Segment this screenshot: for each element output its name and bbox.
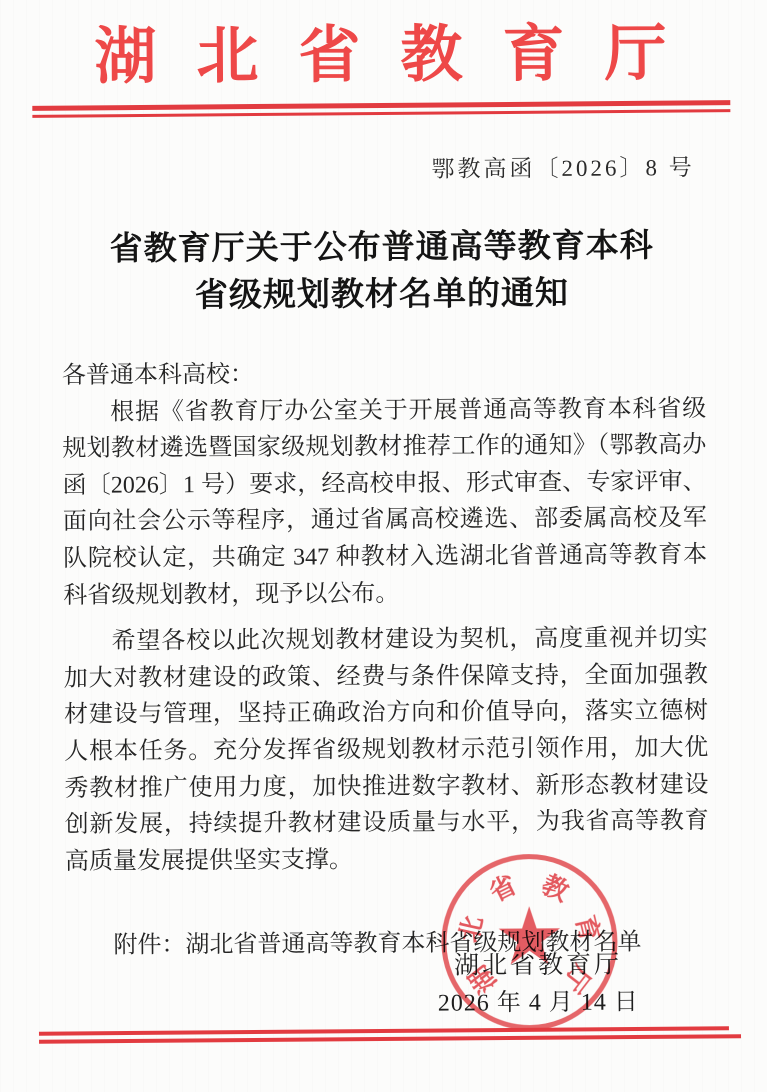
scanned-content: 湖北省教育厅 鄂教高函〔2026〕8 号 省教育厅关于公布普通高等教育本科 省级… [0,0,767,1092]
salutation: 各普通本科高校： [62,354,706,395]
body-paragraph-1: 根据《省教育厅办公室关于开展普通高等教育本科省级规划教材遴选暨国家级规划教材推荐… [62,391,707,614]
seal-char: 育 [569,910,605,946]
letterhead-divider [32,100,730,118]
document-number: 鄂教高函〔2026〕8 号 [0,149,765,187]
letterhead-agency-title: 湖北省教育厅 [0,16,764,97]
document-title-line-2: 省级规划教材名单的通知 [0,270,766,322]
document-title-line-1: 省教育厅关于公布普通高等教育本科 [0,223,765,275]
official-seal: ★ 湖 北 省 教 育 厅 [441,854,618,1031]
footer-divider [39,1026,741,1044]
document-title: 省教育厅关于公布普通高等教育本科 省级规划教材名单的通知 [0,223,766,322]
seal-char: 北 [454,911,490,947]
document-page: 湖北省教育厅 鄂教高函〔2026〕8 号 省教育厅关于公布普通高等教育本科 省级… [0,0,767,1092]
star-icon: ★ [493,897,565,977]
document-body: 各普通本科高校： 根据《省教育厅办公室关于开展普通高等教育本科省级规划教材遴选暨… [62,354,710,965]
body-paragraph-2: 希望各校以此次规划教材建设为契机，高度重视并切实加大对教材建设的政策、经费与条件… [63,620,709,880]
